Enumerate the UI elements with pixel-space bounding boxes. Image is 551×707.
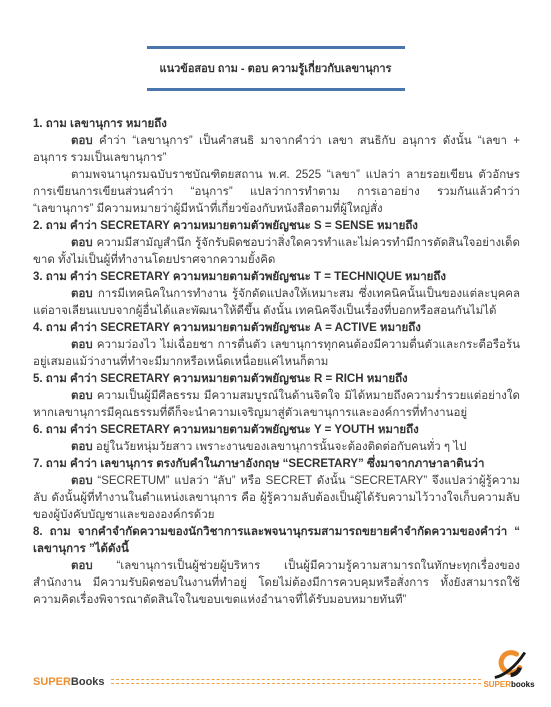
answer-text: ตอบ อยู่ในวัยหนุ่มวัยสาว เพราะงานของเลขา… bbox=[33, 439, 520, 456]
question-text: 8. ถาม จากคำจำกัดความของนักวิชาการและพจน… bbox=[33, 524, 520, 558]
question-text: 2. ถาม คำว่า SECRETARY ความหมายตามตัวพยั… bbox=[33, 218, 520, 235]
answer-text: ตอบ “SECRETUM” แปลว่า “ลับ” หรือ SECRET … bbox=[33, 473, 520, 524]
answer-label: ตอบ bbox=[71, 339, 97, 351]
answer-text: ตอบ การมีเทคนิคในการทำงาน รู้จักดัดแปลงใ… bbox=[33, 286, 520, 320]
qa-list: 1. ถาม เลขานุการ หมายถึงตอบ คำว่า “เลขาน… bbox=[33, 116, 520, 609]
footer-brand-left-primary: SUPER bbox=[33, 676, 71, 688]
answer-label: ตอบ bbox=[71, 441, 96, 453]
answer-label: ตอบ bbox=[71, 390, 97, 402]
question-text: 3. ถาม คำว่า SECRETARY ความหมายตามตัวพยั… bbox=[33, 269, 520, 286]
answer-text: ตอบ “เลขานุการเป็นผู้ช่วยผู้บริหาร เป็นผ… bbox=[33, 558, 520, 609]
question-text: 6. ถาม คำว่า SECRETARY ความหมายตามตัวพยั… bbox=[33, 422, 520, 439]
footer-logo-text-secondary: books bbox=[511, 680, 535, 689]
answer-label: ตอบ bbox=[71, 237, 96, 249]
answer-text: ตอบ ความเป็นผู้มีศีลธรรม มีความสมบูรณ์ใน… bbox=[33, 388, 520, 422]
answer-text: ตอบ ความมีสามัญสำนึก รู้จักรับผิดชอบว่าส… bbox=[33, 235, 520, 269]
answer-text: ตอบ คำว่า “เลขานุการ” เป็นคำสนธิ มาจากคำ… bbox=[33, 133, 520, 167]
answer-text: ตามพจนานุกรมฉบับราชบัณฑิตยสถาน พ.ศ. 2525… bbox=[33, 167, 520, 218]
answer-text: ตอบ ความว่องไว ไม่เฉื่อยชา การตื่นตัว เล… bbox=[33, 337, 520, 371]
answer-label: ตอบ bbox=[71, 288, 98, 300]
superbooks-swoosh-logo-icon bbox=[492, 650, 526, 680]
footer-logo-text-primary: SUPER bbox=[483, 680, 511, 689]
footer-brand-left-secondary: Books bbox=[71, 676, 105, 688]
document-page: { "header": { "title": "แนวข้อสอบ ถาม - … bbox=[0, 0, 551, 707]
question-text: 7. ถาม คำว่า เลขานุการ ตรงกับคำในภาษาอัง… bbox=[33, 456, 520, 473]
page-title: แนวข้อสอบ ถาม - ตอบ ความรู้เกี่ยวกับเลขา… bbox=[160, 63, 392, 75]
question-text: 1. ถาม เลขานุการ หมายถึง bbox=[33, 116, 520, 133]
footer-logo-block: SUPERbooks bbox=[481, 650, 537, 689]
footer-brand-left: SUPERBooks bbox=[33, 675, 105, 689]
answer-label: ตอบ bbox=[71, 475, 97, 487]
question-text: 4. ถาม คำว่า SECRETARY ความหมายตามตัวพยั… bbox=[33, 320, 520, 337]
page-footer: SUPERBooks SUPERbooks bbox=[33, 650, 537, 689]
question-text: 5. ถาม คำว่า SECRETARY ความหมายตามตัวพยั… bbox=[33, 371, 520, 388]
answer-label: ตอบ bbox=[71, 135, 99, 147]
title-box: แนวข้อสอบ ถาม - ตอบ ความรู้เกี่ยวกับเลขา… bbox=[147, 46, 405, 91]
footer-dashed-rule bbox=[111, 679, 481, 684]
footer-logo-text: SUPERbooks bbox=[483, 680, 534, 689]
answer-label: ตอบ bbox=[71, 560, 116, 572]
